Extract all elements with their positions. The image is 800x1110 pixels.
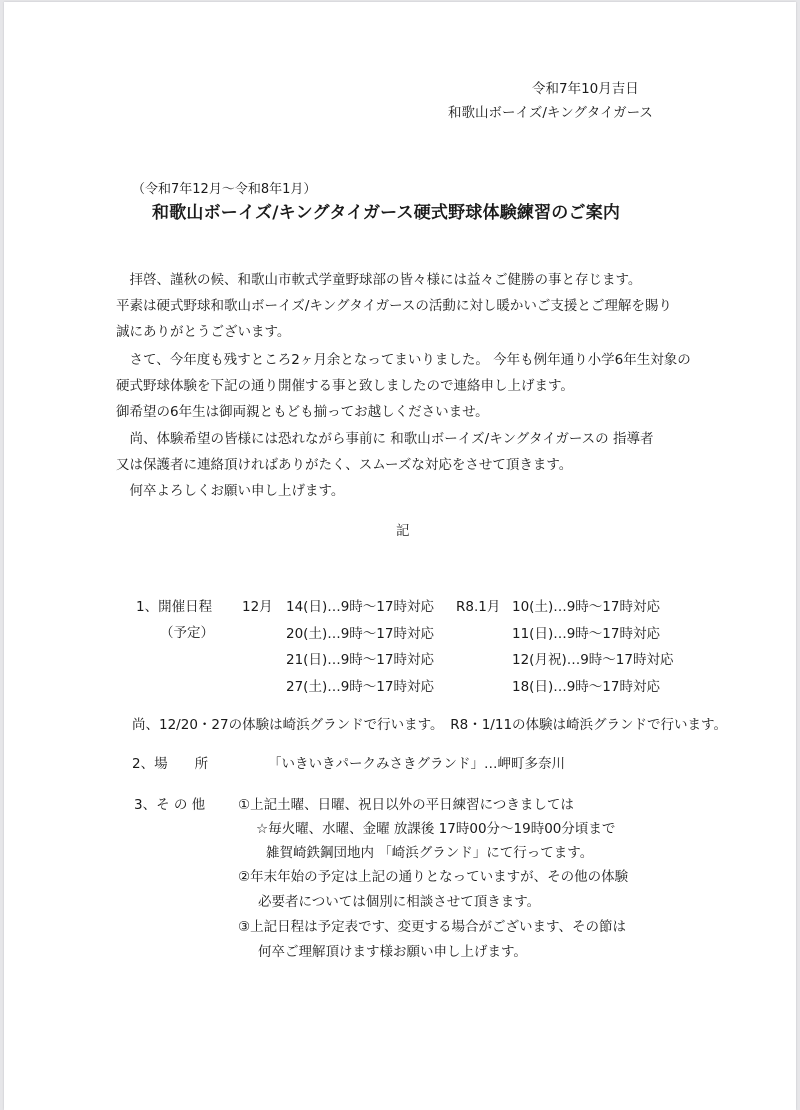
schedule-label: 1、開催日程 bbox=[136, 598, 212, 616]
other-line: 雑賀崎鉄鋼団地内 「崎浜グランド」にて行ってます。 bbox=[266, 844, 593, 862]
other-label: 3、そ の 他 bbox=[134, 796, 205, 814]
schedule-sublabel: （予定） bbox=[160, 624, 214, 642]
schedule-date: 14(日)…9時～17時対応 bbox=[286, 598, 434, 616]
other-line: 必要者については個別に相談させて頂きます。 bbox=[258, 893, 540, 911]
body-line: 誠にありがとうございます。 bbox=[116, 323, 290, 341]
body-line: 何卒よろしくお願い申し上げます。 bbox=[116, 482, 344, 500]
other-line: 何卒ご理解頂けます様お願い申し上げます。 bbox=[258, 943, 527, 961]
document-page: 令和7年10月吉日 和歌山ボーイズ/キングタイガース （令和7年12月～令和8年… bbox=[4, 2, 796, 1110]
other-line: ③上記日程は予定表です、変更する場合がございます、その節は bbox=[238, 918, 626, 936]
other-line: ②年末年始の予定は上記の通りとなっていますが、その他の体験 bbox=[238, 868, 628, 886]
place-label: 2、場 所 bbox=[132, 755, 208, 773]
issue-date: 令和7年10月吉日 bbox=[532, 80, 639, 98]
schedule-date: 18(日)…9時～17時対応 bbox=[512, 678, 660, 696]
schedule-date: 11(日)…9時～17時対応 bbox=[512, 625, 660, 643]
schedule-date: 20(土)…9時～17時対応 bbox=[286, 625, 434, 643]
january-month: R8.1月 bbox=[456, 598, 500, 616]
body-line: 尚、体験希望の皆様には恐れながら事前に 和歌山ボーイズ/キングタイガースの 指導… bbox=[116, 430, 653, 448]
body-line: さて、今年度も残すところ2ヶ月余となってまいりました。 今年も例年通り小学6年生… bbox=[116, 351, 691, 369]
schedule-date: 12(月祝)…9時～17時対応 bbox=[512, 651, 673, 669]
body-line: 御希望の6年生は御両親ともども揃ってお越しくださいませ。 bbox=[116, 403, 489, 421]
document-title: 和歌山ボーイズ/キングタイガース硬式野球体験練習のご案内 bbox=[152, 204, 620, 222]
body-line: 硬式野球体験を下記の通り開催する事と致しましたので連絡申し上げます。 bbox=[116, 377, 574, 395]
place-value: 「いきいきパークみさきグランド」…岬町多奈川 bbox=[268, 755, 565, 773]
ki-heading: 記 bbox=[396, 522, 410, 540]
other-line: ①上記土曜、日曜、祝日以外の平日練習につきましては bbox=[238, 796, 574, 814]
schedule-note: 尚、12/20・27の体験は崎浜グランドで行います。 R8・1/11の体験は崎浜… bbox=[132, 716, 727, 734]
schedule-date: 27(土)…9時～17時対応 bbox=[286, 678, 434, 696]
body-line: 又は保護者に連絡頂ければありがたく、スムーズな対応をさせて頂きます。 bbox=[116, 456, 572, 474]
organization-name: 和歌山ボーイズ/キングタイガース bbox=[448, 104, 653, 122]
december-month: 12月 bbox=[242, 598, 273, 616]
body-line: 拝啓、謹秋の候、和歌山市軟式学童野球部の皆々様には益々ご健勝の事と存じます。 bbox=[116, 271, 641, 289]
period-subtitle: （令和7年12月～令和8年1月） bbox=[132, 181, 316, 199]
schedule-date: 21(日)…9時～17時対応 bbox=[286, 651, 434, 669]
other-line: ☆毎火曜、水曜、金曜 放課後 17時00分～19時00分頃まで bbox=[256, 820, 615, 838]
schedule-date: 10(土)…9時～17時対応 bbox=[512, 598, 660, 616]
body-line: 平素は硬式野球和歌山ボーイズ/キングタイガースの活動に対し暖かいご支援とご理解を… bbox=[116, 297, 672, 315]
